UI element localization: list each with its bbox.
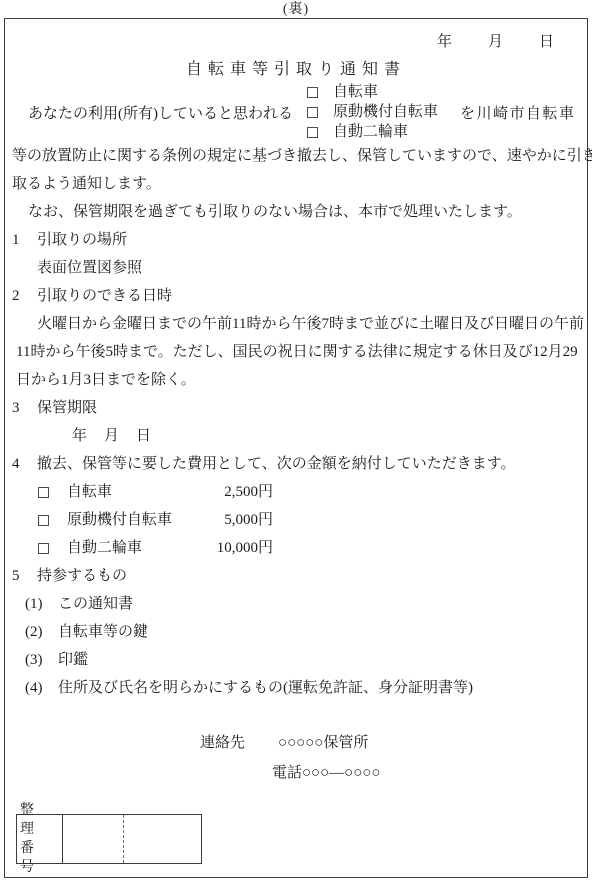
fee-moped-checkbox[interactable]	[38, 515, 49, 526]
bring-item-1-number: (1)	[25, 590, 48, 618]
bicycle-label: 自転車	[333, 82, 378, 102]
fee-motorcycle-checkbox[interactable]	[38, 543, 49, 554]
issue-date-month: 月	[488, 31, 503, 53]
bring-item-2: (2)自転車等の鍵	[25, 618, 580, 646]
section-4-heading: 4撤去、保管等に要した費用として、次の金額を納付していただきます。	[12, 450, 580, 478]
contact-label: 連絡先	[200, 735, 245, 751]
section-5-title: 持参するもの	[37, 568, 127, 584]
motorcycle-checkbox[interactable]	[307, 127, 318, 138]
vehicle-option-motorcycle: 自動二輪車	[307, 122, 438, 142]
intro-right-text: を川崎市自転車	[460, 102, 576, 123]
section-2-line-3: 日から1月3日までを除く。	[16, 366, 580, 394]
vehicle-selection-row: あなたの利用(所有)していると思われる 自転車 原動機付自転車 自動二輪車 を川…	[28, 82, 580, 142]
vehicle-checkbox-list: 自転車 原動機付自転車 自動二輪車	[307, 82, 438, 142]
bring-item-3-text: 印鑑	[58, 652, 88, 668]
bring-item-3-number: (3)	[25, 646, 48, 674]
document-title: 自転車等引取り通知書	[12, 58, 580, 82]
bring-item-2-text: 自転車等の鍵	[58, 624, 148, 640]
reference-number-label-line-2: 番 号	[20, 839, 62, 877]
bring-item-3: (3)印鑑	[25, 646, 580, 674]
contact-line: 連絡先○○○○○保管所	[200, 728, 580, 758]
fee-bicycle-label: 自転車	[67, 478, 195, 506]
fee-row-motorcycle: 自動二輪車 10,000円	[38, 534, 580, 562]
motorcycle-label: 自動二輪車	[333, 122, 408, 142]
issue-date-day: 日	[539, 31, 554, 53]
intro-left-text: あなたの利用(所有)していると思われる	[28, 102, 293, 123]
vehicle-option-bicycle: 自転車	[307, 82, 438, 102]
contact-phone: 電話○○○―○○○○	[272, 758, 580, 788]
section-1-body: 表面位置図参照	[37, 254, 580, 282]
section-1-heading: 1引取りの場所	[12, 226, 580, 254]
section-2-title: 引取りのできる日時	[37, 288, 172, 304]
bring-item-1: (1)この通知書	[25, 590, 580, 618]
section-3-title: 保管期限	[37, 400, 97, 416]
moped-checkbox[interactable]	[307, 107, 318, 118]
reference-number-cell-1[interactable]	[63, 815, 124, 863]
reference-number-cell-2[interactable]	[124, 815, 201, 863]
section-4-title: 撤去、保管等に要した費用として、次の金額を納付していただきます。	[37, 456, 516, 472]
section-3-number: 3	[12, 394, 37, 422]
contact-storage-name: ○○○○○保管所	[278, 735, 368, 751]
bring-item-1-text: この通知書	[58, 596, 133, 612]
section-2-line-1: 火曜日から金曜日までの午前11時から午後7時まで並びに土曜日及び日曜日の午前	[37, 310, 580, 338]
fee-motorcycle-label: 自動二輪車	[67, 534, 195, 562]
section-4-number: 4	[12, 450, 37, 478]
intro-note: なお、保管期限を過ぎても引取りのない場合は、本市で処理いたします。	[12, 198, 580, 226]
bring-item-4: (4)住所及び氏名を明らかにするもの(運転免許証、身分証明書等)	[25, 674, 580, 702]
vehicle-option-moped: 原動機付自転車	[307, 102, 438, 122]
bring-item-2-number: (2)	[25, 618, 48, 646]
section-1-number: 1	[12, 226, 37, 254]
page-side-label: (裏)	[0, 0, 592, 18]
fee-row-moped: 原動機付自転車 5,000円	[38, 506, 580, 534]
reference-number-label-line-1: 整 理	[20, 801, 62, 839]
section-2-heading: 2引取りのできる日時	[12, 282, 580, 310]
section-3-heading: 3保管期限	[12, 394, 580, 422]
intro-body-line-1: 等の放置防止に関する条例の規定に基づき撤去し、保管していますので、速やかに引き	[12, 142, 580, 170]
reference-number-table: 整 理 番 号	[16, 814, 202, 864]
section-2-number: 2	[12, 282, 37, 310]
fee-moped-price: 5,000円	[195, 506, 273, 534]
storage-deadline-date-line: 年 月 日	[72, 422, 580, 450]
intro-body-line-2: 取るよう通知します。	[12, 170, 580, 198]
section-5-heading: 5持参するもの	[12, 562, 580, 590]
bring-item-4-text: 住所及び氏名を明らかにするもの(運転免許証、身分証明書等)	[58, 680, 473, 696]
reference-number-label: 整 理 番 号	[17, 815, 63, 863]
section-5-number: 5	[12, 562, 37, 590]
fee-moped-label: 原動機付自転車	[67, 506, 195, 534]
issue-date-line: 年月日	[12, 31, 580, 53]
bicycle-checkbox[interactable]	[307, 87, 318, 98]
fee-bicycle-price: 2,500円	[195, 478, 273, 506]
issue-date-year: 年	[437, 34, 452, 50]
moped-label: 原動機付自転車	[333, 102, 438, 122]
notice-form: 年月日 自転車等引取り通知書 あなたの利用(所有)していると思われる 自転車 原…	[4, 18, 588, 878]
section-1-title: 引取りの場所	[37, 232, 127, 248]
bring-item-4-number: (4)	[25, 674, 48, 702]
fee-motorcycle-price: 10,000円	[195, 534, 273, 562]
fee-bicycle-checkbox[interactable]	[38, 487, 49, 498]
section-2-line-2: 11時から午後5時まで。ただし、国民の祝日に関する法律に規定する休日及び12月2…	[16, 338, 580, 366]
fee-row-bicycle: 自転車 2,500円	[38, 478, 580, 506]
